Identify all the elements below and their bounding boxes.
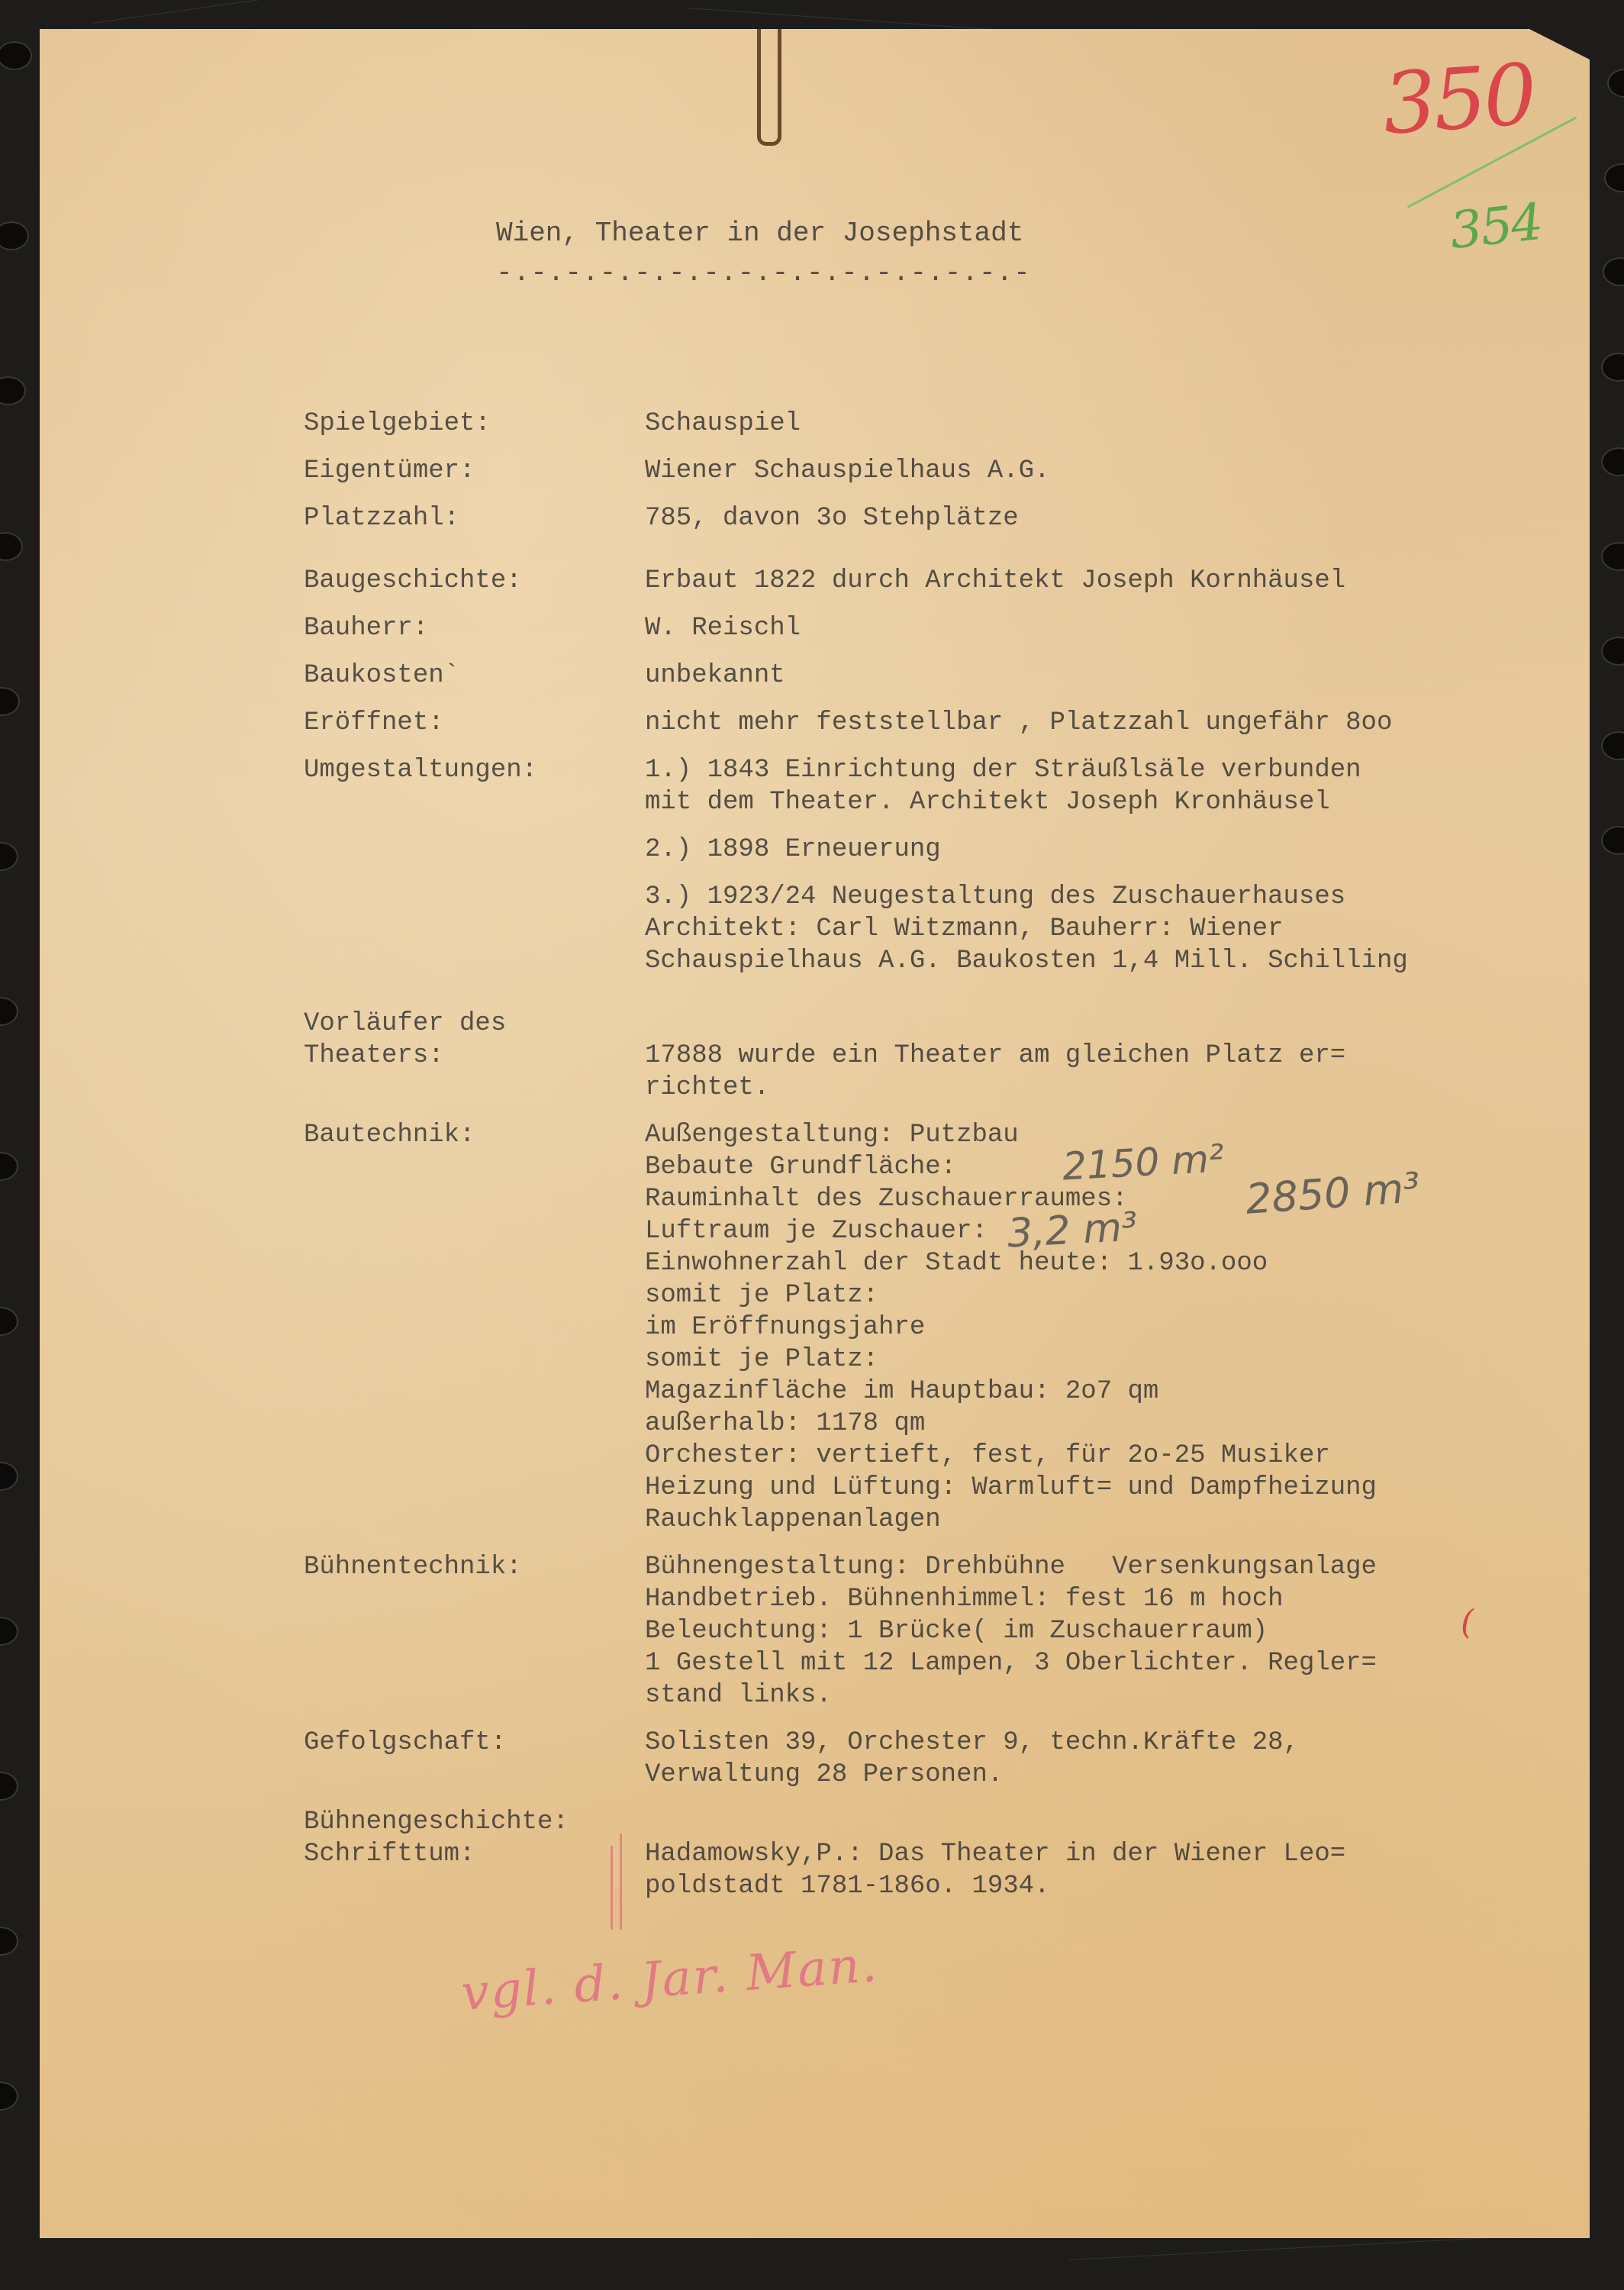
value-bautechnik-line: Magazinfläche im Hauptbau: 2o7 qm [645, 1377, 1158, 1406]
binder-hole [0, 842, 18, 871]
label-bautechnik: Bautechnik: [304, 1121, 475, 1150]
binder-hole [0, 221, 29, 250]
value-bautechnik-line: somit je Platz: [645, 1345, 878, 1374]
label-platzzahl: Platzzahl: [304, 504, 459, 533]
value-bautechnik-line: außerhalb: 1178 qm [645, 1409, 925, 1438]
label-bauherr: Bauherr: [304, 614, 428, 643]
margin-note-red: vgl. d. Jar. Man. [459, 1937, 880, 2022]
value-baugeschichte: Erbaut 1822 durch Architekt Joseph Kornh… [645, 566, 1345, 595]
value-buehnentechnik-line: 1 Gestell mit 12 Lampen, 3 Oberlichter. … [645, 1649, 1377, 1678]
binder-hole [0, 376, 26, 405]
label-baukosten: Baukosten` [304, 661, 459, 690]
value-umgestaltungen-line: Schauspielhaus A.G. Baukosten 1,4 Mill. … [645, 947, 1408, 976]
label-vorlaeufer: Vorläufer des [304, 1009, 506, 1038]
red-margin-bar [620, 1834, 622, 1930]
red-margin-bar [611, 1846, 613, 1930]
value-baukosten: unbekannt [645, 661, 785, 690]
value-spielgebiet: Schauspiel [645, 409, 801, 438]
value-bauherr: W. Reischl [645, 614, 801, 643]
value-buehnentechnik-line: stand links. [645, 1681, 832, 1710]
value-buehnentechnik-line: Handbetrieb. Bühnenhimmel: fest 16 m hoc… [645, 1585, 1284, 1614]
value-bautechnik-line: im Eröffnungsjahre [645, 1313, 925, 1342]
label-buehnentechnik: Bühnentechnik: [304, 1553, 522, 1582]
value-eroeffnet: nicht mehr feststellbar , Platzzahl unge… [645, 708, 1392, 737]
binder-hole [0, 1152, 18, 1181]
label-eigentuemer: Eigentümer: [304, 456, 475, 485]
value-umgestaltungen-line: mit dem Theater. Architekt Joseph Kronhä… [645, 788, 1330, 817]
label-spielgebiet: Spielgebiet: [304, 409, 491, 438]
handwritten-rauminhalt: 2850 m³ [1244, 1163, 1422, 1224]
label-baugeschichte: Baugeschichte: [304, 566, 522, 595]
value-schrifttum-line: poldstadt 1781-186o. 1934. [645, 1872, 1050, 1901]
label-gefolgschaft: Gefolgschaft: [304, 1728, 506, 1757]
folio-number-green: 354 [1447, 192, 1544, 260]
value-bautechnik-line: Heizung und Lüftung: Warmluft= und Dampf… [645, 1473, 1377, 1502]
binder-hole [0, 1462, 18, 1491]
folio-number-red: 350 [1380, 45, 1537, 153]
value-bautechnik-line: Rauchklappenanlagen [645, 1505, 941, 1534]
mat-scratch [92, 0, 545, 24]
value-bautechnik-line: Orchester: vertieft, fest, für 2o-25 Mus… [645, 1441, 1330, 1470]
value-gefolgschaft-line: Verwaltung 28 Personen. [645, 1760, 1003, 1789]
value-platzzahl: 785, davon 3o Stehplätze [645, 504, 1019, 533]
binder-hole [0, 2082, 18, 2111]
binder-hole [1601, 447, 1624, 476]
binder-hole [1601, 637, 1624, 666]
value-vorlaeufer-line: 17888 wurde ein Theater am gleichen Plat… [645, 1041, 1345, 1070]
value-buehnentechnik-line: Beleuchtung: 1 Brücke( im Zuschauerraum) [645, 1617, 1268, 1646]
binder-hole [0, 997, 18, 1026]
document-page: Wien, Theater in der Josephstadt -.-.-.-… [40, 29, 1590, 2238]
label-buehnengeschichte: Bühnengeschichte: [304, 1808, 569, 1837]
binder-hole [0, 1307, 18, 1336]
label-eroeffnet: Eröffnet: [304, 708, 444, 737]
value-vorlaeufer-line: richtet. [645, 1073, 769, 1102]
binder-hole [0, 532, 23, 561]
value-gefolgschaft-line: Solisten 39, Orchester 9, techn.Kräfte 2… [645, 1728, 1299, 1757]
binder-hole [1601, 731, 1624, 760]
staple-mark [757, 29, 781, 146]
value-umgestaltungen-line: 1.) 1843 Einrichtung der Sträußlsäle ver… [645, 756, 1361, 785]
binder-hole [0, 1772, 18, 1801]
value-bautechnik-line: Bebaute Grundfläche: [645, 1153, 956, 1182]
binder-hole [1601, 826, 1624, 855]
binder-hole [1607, 69, 1624, 98]
label-umgestaltungen: Umgestaltungen: [304, 756, 537, 785]
title-underline: -.-.-.-.-.-.-.-.-.-.-.-.-.-.-.- [496, 260, 1031, 287]
value-buehnentechnik-line: Bühnengestaltung: Drehbühne Versenkungsa… [645, 1553, 1377, 1582]
value-umgestaltungen-line: 3.) 1923/24 Neugestaltung des Zuschauerh… [645, 882, 1345, 911]
value-umgestaltungen-line: 2.) 1898 Erneuerung [645, 835, 941, 864]
value-umgestaltungen-line: Architekt: Carl Witzmann, Bauherr: Wiene… [645, 914, 1284, 943]
binder-hole [1603, 257, 1624, 286]
binder-hole [1601, 542, 1624, 571]
binder-hole [0, 1927, 18, 1956]
document-title: Wien, Theater in der Josephstadt [496, 220, 1023, 247]
red-correction-mark: ( [1461, 1603, 1474, 1642]
handwritten-grundflaeche: 2150 m² [1062, 1136, 1226, 1189]
binder-hole [1601, 353, 1624, 382]
value-bautechnik-line: Außengestaltung: Putzbau [645, 1121, 1019, 1150]
binder-hole [0, 1617, 18, 1646]
binder-hole [0, 687, 20, 716]
binder-hole [1604, 163, 1624, 192]
value-bautechnik-line: Einwohnerzahl der Stadt heute: 1.93o.ooo [645, 1249, 1268, 1278]
label-schrifttum: Schrifttum: [304, 1840, 475, 1869]
value-bautechnik-line: somit je Platz: [645, 1281, 878, 1310]
value-bautechnik-line: Luftraum je Zuschauer: [645, 1217, 988, 1246]
value-eigentuemer: Wiener Schauspielhaus A.G. [645, 456, 1050, 485]
label-vorlaeufer-line2: Theaters: [304, 1041, 444, 1070]
value-schrifttum-line: Hadamowsky,P.: Das Theater in der Wiener… [645, 1840, 1345, 1869]
binder-hole [0, 41, 32, 70]
